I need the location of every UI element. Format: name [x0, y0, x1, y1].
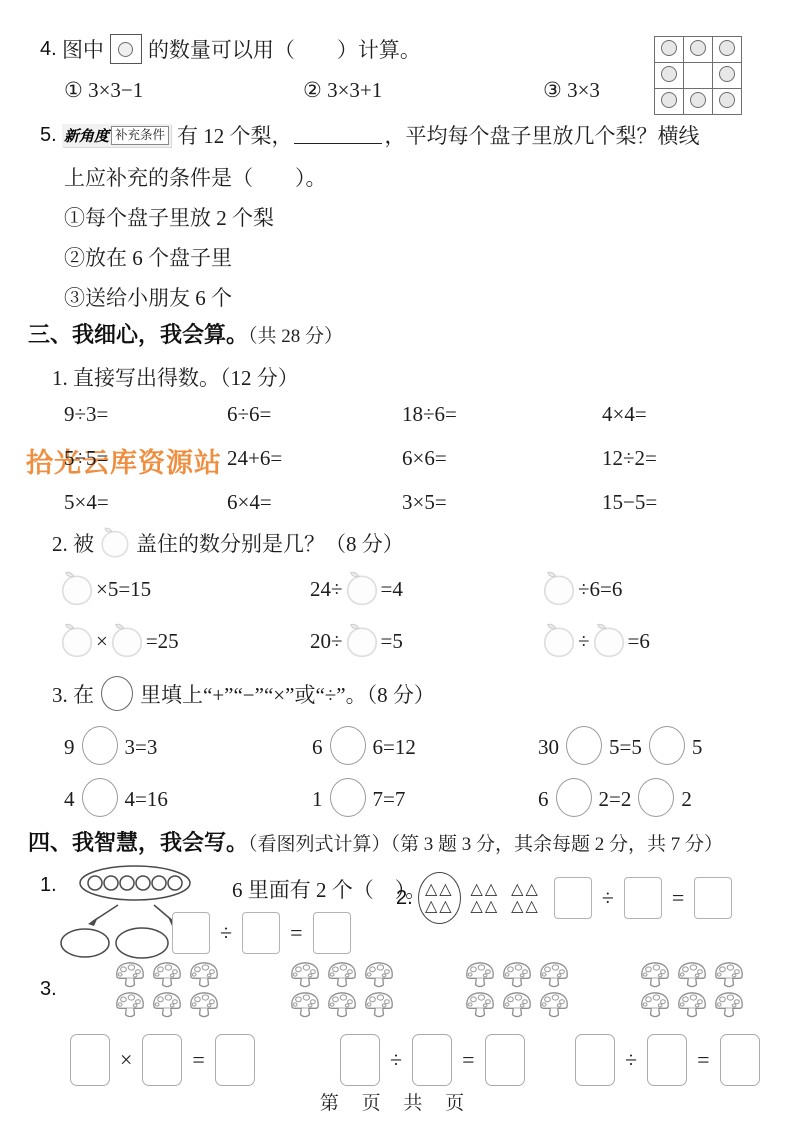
triangle-row: △△ [425, 881, 454, 898]
expression-part: =6 [628, 629, 650, 654]
question-4-option-1: ① 3×3−1 [64, 78, 143, 103]
mushroom-icon [674, 990, 710, 1019]
operator-expression: 44=16 [64, 778, 168, 817]
expression: 18÷6= [402, 402, 602, 446]
circle-grid [654, 36, 742, 115]
grid-circle [690, 40, 706, 56]
expression-part: 30 [538, 735, 559, 759]
mushroom-icon [711, 990, 747, 1019]
expression-part: 2 [681, 787, 692, 811]
mushroom-icon [186, 960, 222, 989]
equals-sign: = [192, 1047, 204, 1073]
question-4-option-3: ③ 3×3 [543, 78, 600, 103]
mushroom-group [112, 960, 223, 1020]
triangle-row: △△ [425, 898, 454, 915]
mushroom-icon [499, 960, 535, 989]
badge-brand: 新角度 [64, 125, 109, 146]
mushroom-icon [186, 990, 222, 1019]
mushroom-icon [324, 960, 360, 989]
expression: 9÷3= [64, 402, 227, 446]
answer-box [554, 877, 592, 919]
grid-circle [719, 66, 735, 82]
expression-part: 5=5 [609, 735, 642, 759]
answer-box [694, 877, 732, 919]
peach-icon [58, 570, 96, 608]
divide-sign: ÷ [220, 920, 232, 946]
grid-circle [719, 92, 735, 108]
operator-expression: 93=3 [64, 726, 157, 765]
answer-box [720, 1034, 760, 1086]
worksheet-page: 4. 图中 的数量可以用（ ）计算。 ① 3×3−1 ② 3×3+1 ③ 3×3… [0, 0, 793, 1122]
answer-box [412, 1034, 452, 1086]
grid-circle [719, 40, 735, 56]
operator-expression: 305=55 [538, 726, 702, 765]
expression-part: 24÷ [310, 577, 343, 602]
operator-expression: 62=22 [538, 778, 692, 817]
multiply-sign: × [120, 1047, 132, 1073]
covered-expression: 24÷ =4 [310, 570, 403, 608]
triangle-row: △△ [471, 881, 500, 898]
question-4-number: 4. [40, 38, 57, 61]
grid-circle [661, 40, 677, 56]
equals-sign: = [290, 920, 302, 946]
expression-part: 1 [312, 787, 323, 811]
expression: 4×4= [602, 402, 764, 446]
expression-part: 6 [312, 735, 323, 759]
expression: 6×4= [227, 490, 402, 534]
expression: 24+6= [227, 446, 402, 490]
question-5-number: 5. [40, 124, 57, 147]
operator-circle [82, 778, 118, 817]
mushroom-icon [324, 990, 360, 1019]
mental-math-grid: 9÷3= 6÷6= 18÷6= 4×4= 5÷5= 24+6= 6×6= 12÷… [64, 402, 764, 534]
expression-part: 5 [692, 735, 703, 759]
answer-box [172, 912, 210, 954]
sec4-question-2: 2. △△ △△ △△ △△ △△ △△ ÷ = [396, 862, 732, 934]
answer-box [313, 912, 351, 954]
answer-box [485, 1034, 525, 1086]
equation-boxes: ÷ = [172, 912, 351, 954]
section-3-title: 三、我细心，我会算。 [28, 322, 248, 347]
question-4-text-before: 图中 [62, 34, 104, 64]
mushroom-icon [536, 990, 572, 1019]
expression-part: 4=16 [125, 787, 168, 811]
expression-part: 6 [538, 787, 549, 811]
grid-empty-cell [684, 63, 713, 89]
operator-circle [330, 778, 366, 817]
section-4-heading: 四、我智慧，我会写。（看图列式计算）（第 3 题 3 分，其余每题 2 分，共 … [28, 826, 723, 857]
sec3-q3-title-after: 里填上“+”“−”“×”或“÷”。（8 分） [140, 683, 435, 707]
expression: 5×4= [64, 490, 227, 534]
mushroom-group [637, 960, 748, 1020]
operator-circle [82, 726, 118, 765]
operator-expression: 66=12 [312, 726, 416, 765]
expression-part: 9 [64, 735, 75, 759]
answer-box [340, 1034, 380, 1086]
peach-icon [343, 570, 381, 608]
mushroom-icon [112, 990, 148, 1019]
expression-part: =4 [381, 577, 403, 602]
mushroom-group [287, 960, 398, 1020]
question-5-line1: 5. 新角度 补充条件 有 12 个梨， ，平均每个盘子里放几个梨？横线 [40, 120, 699, 150]
sec3-q3-title: 3. 在里填上“+”“−”“×”或“÷”。（8 分） [52, 676, 435, 711]
expression-part: =5 [381, 629, 403, 654]
divide-sign: ÷ [602, 885, 614, 911]
expression-part: ÷ [578, 629, 590, 654]
expression-part: 2=2 [599, 787, 632, 811]
peach-icon [540, 622, 578, 660]
mushroom-icon [536, 960, 572, 989]
expression-part: 4 [64, 787, 75, 811]
mushroom-icon [637, 960, 673, 989]
covered-expression: 20÷ =5 [310, 622, 403, 660]
equals-sign: = [462, 1047, 474, 1073]
question-5-line2: 上应补充的条件是（ ）。 [64, 162, 327, 192]
question-5-option-3: ③送给小朋友 6 个 [64, 282, 232, 312]
question-4-line: 4. 图中 的数量可以用（ ）计算。 [40, 34, 421, 64]
expression-part: ÷6=6 [578, 577, 622, 602]
equation-boxes: ÷ = [575, 1034, 760, 1086]
answer-box [215, 1034, 255, 1086]
expression: 3×5= [402, 490, 602, 534]
mushroom-icon [287, 960, 323, 989]
answer-box [70, 1034, 110, 1086]
mushroom-icon [462, 990, 498, 1019]
peach-icon [58, 622, 96, 660]
operator-expression: 17=7 [312, 778, 405, 817]
question-5-option-1: ①每个盘子里放 2 个梨 [64, 202, 274, 232]
operator-circle [556, 778, 592, 817]
sec3-q3-title-before: 3. 在 [52, 683, 94, 707]
answer-box [647, 1034, 687, 1086]
sec4-q2-number: 2. [396, 887, 413, 910]
mushroom-icon [112, 960, 148, 989]
mushroom-icon [287, 990, 323, 1019]
peach-icon [540, 570, 578, 608]
expression-part: 7=7 [373, 787, 406, 811]
answer-box [575, 1034, 615, 1086]
mushroom-icon [361, 960, 397, 989]
page-footer: 第 页 共 页 [0, 1088, 793, 1115]
covered-expression: ÷6=6 [540, 570, 622, 608]
question-4-option-2: ② 3×3+1 [303, 78, 382, 103]
section-3-note: （共 28 分） [248, 326, 343, 347]
mushroom-icon [149, 960, 185, 989]
operator-circle [649, 726, 685, 765]
sec4-q3-number: 3. [40, 978, 57, 1001]
expression: 6×6= [402, 446, 602, 490]
question-5-option-2: ②放在 6 个盘子里 [64, 242, 232, 272]
expression: 6÷6= [227, 402, 402, 446]
equation-boxes: ÷ = [340, 1034, 525, 1086]
section-4-note: （看图列式计算）（第 3 题 3 分，其余每题 2 分，共 7 分） [248, 834, 723, 855]
answer-box [624, 877, 662, 919]
mushroom-icon [361, 990, 397, 1019]
peach-icon [343, 622, 381, 660]
triangle-group: △△ △△ [471, 881, 500, 915]
expression-part: 20÷ [310, 629, 343, 654]
covered-expression: ×5=15 [58, 570, 151, 608]
sec3-q1-title: 1. 直接写出得数。（12 分） [52, 362, 299, 392]
operator-circle [330, 726, 366, 765]
section-4-title: 四、我智慧，我会写。 [28, 830, 248, 855]
answer-box [242, 912, 280, 954]
answer-box [142, 1034, 182, 1086]
covered-expression: ÷ =6 [540, 622, 650, 660]
new-angle-badge: 新角度 补充条件 [62, 124, 171, 147]
operator-circle [638, 778, 674, 817]
covered-expression: × =25 [58, 622, 179, 660]
question-4-text-after: 的数量可以用（ ）计算。 [148, 34, 421, 64]
question-5-text-after: ，平均每个盘子里放几个梨？横线 [384, 120, 699, 150]
mushroom-icon [149, 990, 185, 1019]
operator-circle [101, 676, 133, 711]
mushroom-icon [674, 960, 710, 989]
mushroom-icon [711, 960, 747, 989]
expression: 15−5= [602, 490, 764, 534]
circled-triangle-group: △△ △△ [418, 872, 461, 924]
grid-circle [661, 66, 677, 82]
section-3-heading: 三、我细心，我会算。（共 28 分） [28, 318, 343, 349]
operator-circle [566, 726, 602, 765]
circle-in-square-icon [110, 34, 142, 64]
badge-label: 补充条件 [111, 126, 169, 145]
equals-sign: = [697, 1047, 709, 1073]
expression: 5÷5= [64, 446, 227, 490]
sec4-question-1: 1. 6 里面有 2 个（ ）。 ÷ = [40, 864, 410, 969]
question-5-text-before: 有 12 个梨， [177, 120, 293, 150]
grid-circle [661, 92, 677, 108]
divide-sign: ÷ [625, 1047, 637, 1073]
peach-icon [590, 622, 628, 660]
sec4-q1-number: 1. [40, 874, 57, 897]
triangle-row: △△ [511, 898, 540, 915]
mushroom-icon [499, 990, 535, 1019]
triangle-row: △△ [511, 881, 540, 898]
triangle-row: △△ [471, 898, 500, 915]
fill-blank-line [294, 127, 382, 144]
expression-part: 3=3 [125, 735, 158, 759]
expression: 12÷2= [602, 446, 764, 490]
mushroom-icon [637, 990, 673, 1019]
expression-part: × [96, 629, 108, 654]
equation-boxes: × = [70, 1034, 255, 1086]
triangle-group: △△ △△ [511, 881, 540, 915]
grid-circle [690, 92, 706, 108]
peach-icon [108, 622, 146, 660]
mushroom-group [462, 960, 573, 1020]
divide-sign: ÷ [390, 1047, 402, 1073]
expression-part: =25 [146, 629, 179, 654]
mushroom-icon [462, 960, 498, 989]
expression-part: 6=12 [373, 735, 416, 759]
equals-sign: = [672, 885, 684, 911]
expression-part: ×5=15 [96, 577, 151, 602]
